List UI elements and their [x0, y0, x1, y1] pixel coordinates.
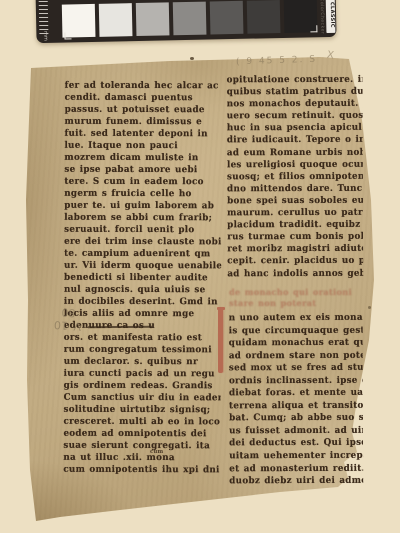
text-line: placidum tradidit. equibz m — [227, 219, 363, 232]
text-line: mozrem dicam muliste in — [64, 152, 221, 165]
gray-patch — [136, 2, 170, 36]
gray-patch — [210, 1, 244, 35]
text-line: dire iudicauit. Tepore o im — [227, 134, 363, 147]
color-calibration-bar: mm ColorChecker CLASSIC — [35, 0, 336, 43]
text-line: cum omnipotentis ihu xpi dni — [63, 464, 220, 477]
pencil-shelfmark-rotated: V. 10 80 — [45, 304, 91, 333]
text-line: sed mox ut se fres ad studium — [229, 362, 363, 375]
ink-speck — [368, 306, 371, 309]
crop-corner-mark-icon — [64, 32, 71, 39]
text-line: uero secum retinuit. quos ad — [227, 110, 363, 123]
text-line: n uno autem ex eis monast — [229, 312, 363, 325]
text-line: us fuisset admonit. ad uirum — [229, 425, 363, 438]
text-line: seruauit. forcil uenit plo — [64, 224, 221, 237]
text-line: na ut illuc .xii. mona — [63, 452, 220, 465]
text-line: se ipse pabat amore uebi — [64, 164, 221, 177]
text-line: benedicti si libenter audite — [64, 272, 221, 285]
text-line: bone spei suas soboles euui — [227, 195, 363, 208]
red-initial-letter — [218, 307, 223, 373]
text-line: quibus statim patribus duode — [227, 86, 363, 99]
text-line: terrena aliqua et transitoria age — [229, 400, 363, 413]
text-column-right-upper: opitulatione construere. in quibus stati… — [227, 74, 368, 280]
text-line: dei deductus est. Qui ipse q e illius — [229, 437, 363, 450]
text-line: puer te. ui guim laborem ab — [64, 200, 221, 213]
text-line: iura cuncti pacis ad un regu — [64, 368, 221, 381]
text-line: um declaror. s. quibus nr — [64, 356, 221, 369]
text-line: suae sierunt congregati. ita — [63, 440, 220, 453]
text-line: duobz diebz uiri dei admoni — [229, 475, 363, 488]
text-line: ere dei trim inse clauste nobi — [64, 236, 221, 249]
text-line: opitulatione construere. in — [227, 74, 363, 87]
text-line: lue. Itaque non pauci — [64, 140, 221, 153]
gray-patch — [173, 2, 207, 36]
text-line: suosq; et filios omnipotenti — [227, 171, 363, 184]
text-line: solitudine uirtutibz signisq; — [64, 404, 221, 417]
text-line: passus. ut potuisset euade — [65, 104, 222, 117]
text-line: cendit. damasci puentus — [65, 92, 222, 105]
text-line: nos monachos deputauit. pauc — [227, 98, 363, 111]
text-line: huc in sua psencia apicul eru — [227, 122, 363, 135]
text-line: ngerm s fruicia celle ho — [64, 188, 221, 201]
text-line: uitam uehementer increpauit. — [229, 450, 363, 463]
mm-ruler-icon — [38, 0, 48, 35]
text-line: diebat foras. et mente uaga — [229, 387, 363, 400]
text-line: gis ordinem redeas. Grandis — [64, 380, 221, 393]
grayscale-patch-row — [62, 5, 63, 38]
rubric-heading: de monacho qui orationi stare non potera… — [229, 288, 365, 310]
rubric-line: de monacho qui orationi — [229, 288, 361, 299]
pencil-x-mark: X — [326, 50, 334, 62]
text-line: et ad monasterium rediit. uix — [229, 462, 363, 475]
gray-patch — [99, 3, 133, 37]
text-line: ad eum Romane urbis nobi — [227, 146, 363, 159]
classic-label: CLASSIC — [326, 0, 336, 33]
text-line: te. campium aduenirent qm — [64, 248, 221, 261]
text-line: ordnis inclinassent. ipse egre — [229, 375, 363, 388]
text-line: maurum. cerullus uo patri — [227, 207, 363, 220]
ink-speck — [190, 57, 194, 60]
text-line: nul agnoscis. quia uiuis se — [64, 284, 221, 297]
text-line: is que circumquaque gestruxit — [229, 324, 363, 337]
text-line: ad hanc indolis annos gebat — [227, 267, 363, 280]
crop-corner-mark-icon — [310, 25, 317, 32]
text-line: rus turmae cum bonis polle — [227, 231, 363, 244]
text-line: cresceret. multi ab eo in loco — [63, 416, 220, 429]
text-line: rum congregatum tessimoni — [64, 344, 221, 357]
text-line: ur. Vii iderm quoque uenabile — [64, 260, 221, 273]
parchment-hole — [104, 336, 107, 341]
text-line: cepit. cenir. placidus uo pueril — [227, 255, 363, 268]
text-line: ad ordnem stare non poterat — [229, 349, 363, 362]
colorchecker-brand-label: ColorChecker — [319, 0, 325, 34]
text-line: tere. S cum in eadem loco — [64, 176, 221, 189]
text-line: Cum sanctius uir diu in eadem — [64, 392, 221, 405]
text-line: ors. et manifesta ratio est — [64, 332, 221, 345]
text-line: fer ad toleranda hec alcar ac — [65, 80, 222, 93]
text-column-left: fer ad toleranda hec alcar ac cendit. da… — [63, 80, 226, 477]
text-line: les ureligiosi quoque ocurre — [227, 158, 363, 171]
text-line: eodem ad omnipotentis dei — [63, 428, 220, 441]
rubric-line: stare non poterat — [229, 299, 361, 310]
manuscript-photo: fer ad toleranda hec alcar ac cendit. da… — [0, 0, 400, 533]
text-line: murum funem. dimissus e — [65, 116, 222, 129]
gray-patch — [247, 0, 281, 34]
interlinear-gloss: cum — [150, 449, 163, 455]
ruler-unit-label: mm — [42, 31, 48, 41]
text-line: ret moribz magistri adiuto — [227, 243, 363, 256]
text-line: bat. Cumq; ab abbe suo sepi — [229, 412, 363, 425]
text-line: laborem se abbi cum frarib; — [64, 212, 221, 225]
text-line: quidam monachus erat qui — [229, 337, 363, 350]
text-column-right-lower: n uno autem ex eis monast is que circumq… — [229, 312, 368, 488]
text-line: fuit. sed latenter deponi in — [64, 128, 221, 141]
text-line: dno mittendos dare. Tunc q — [227, 183, 363, 196]
